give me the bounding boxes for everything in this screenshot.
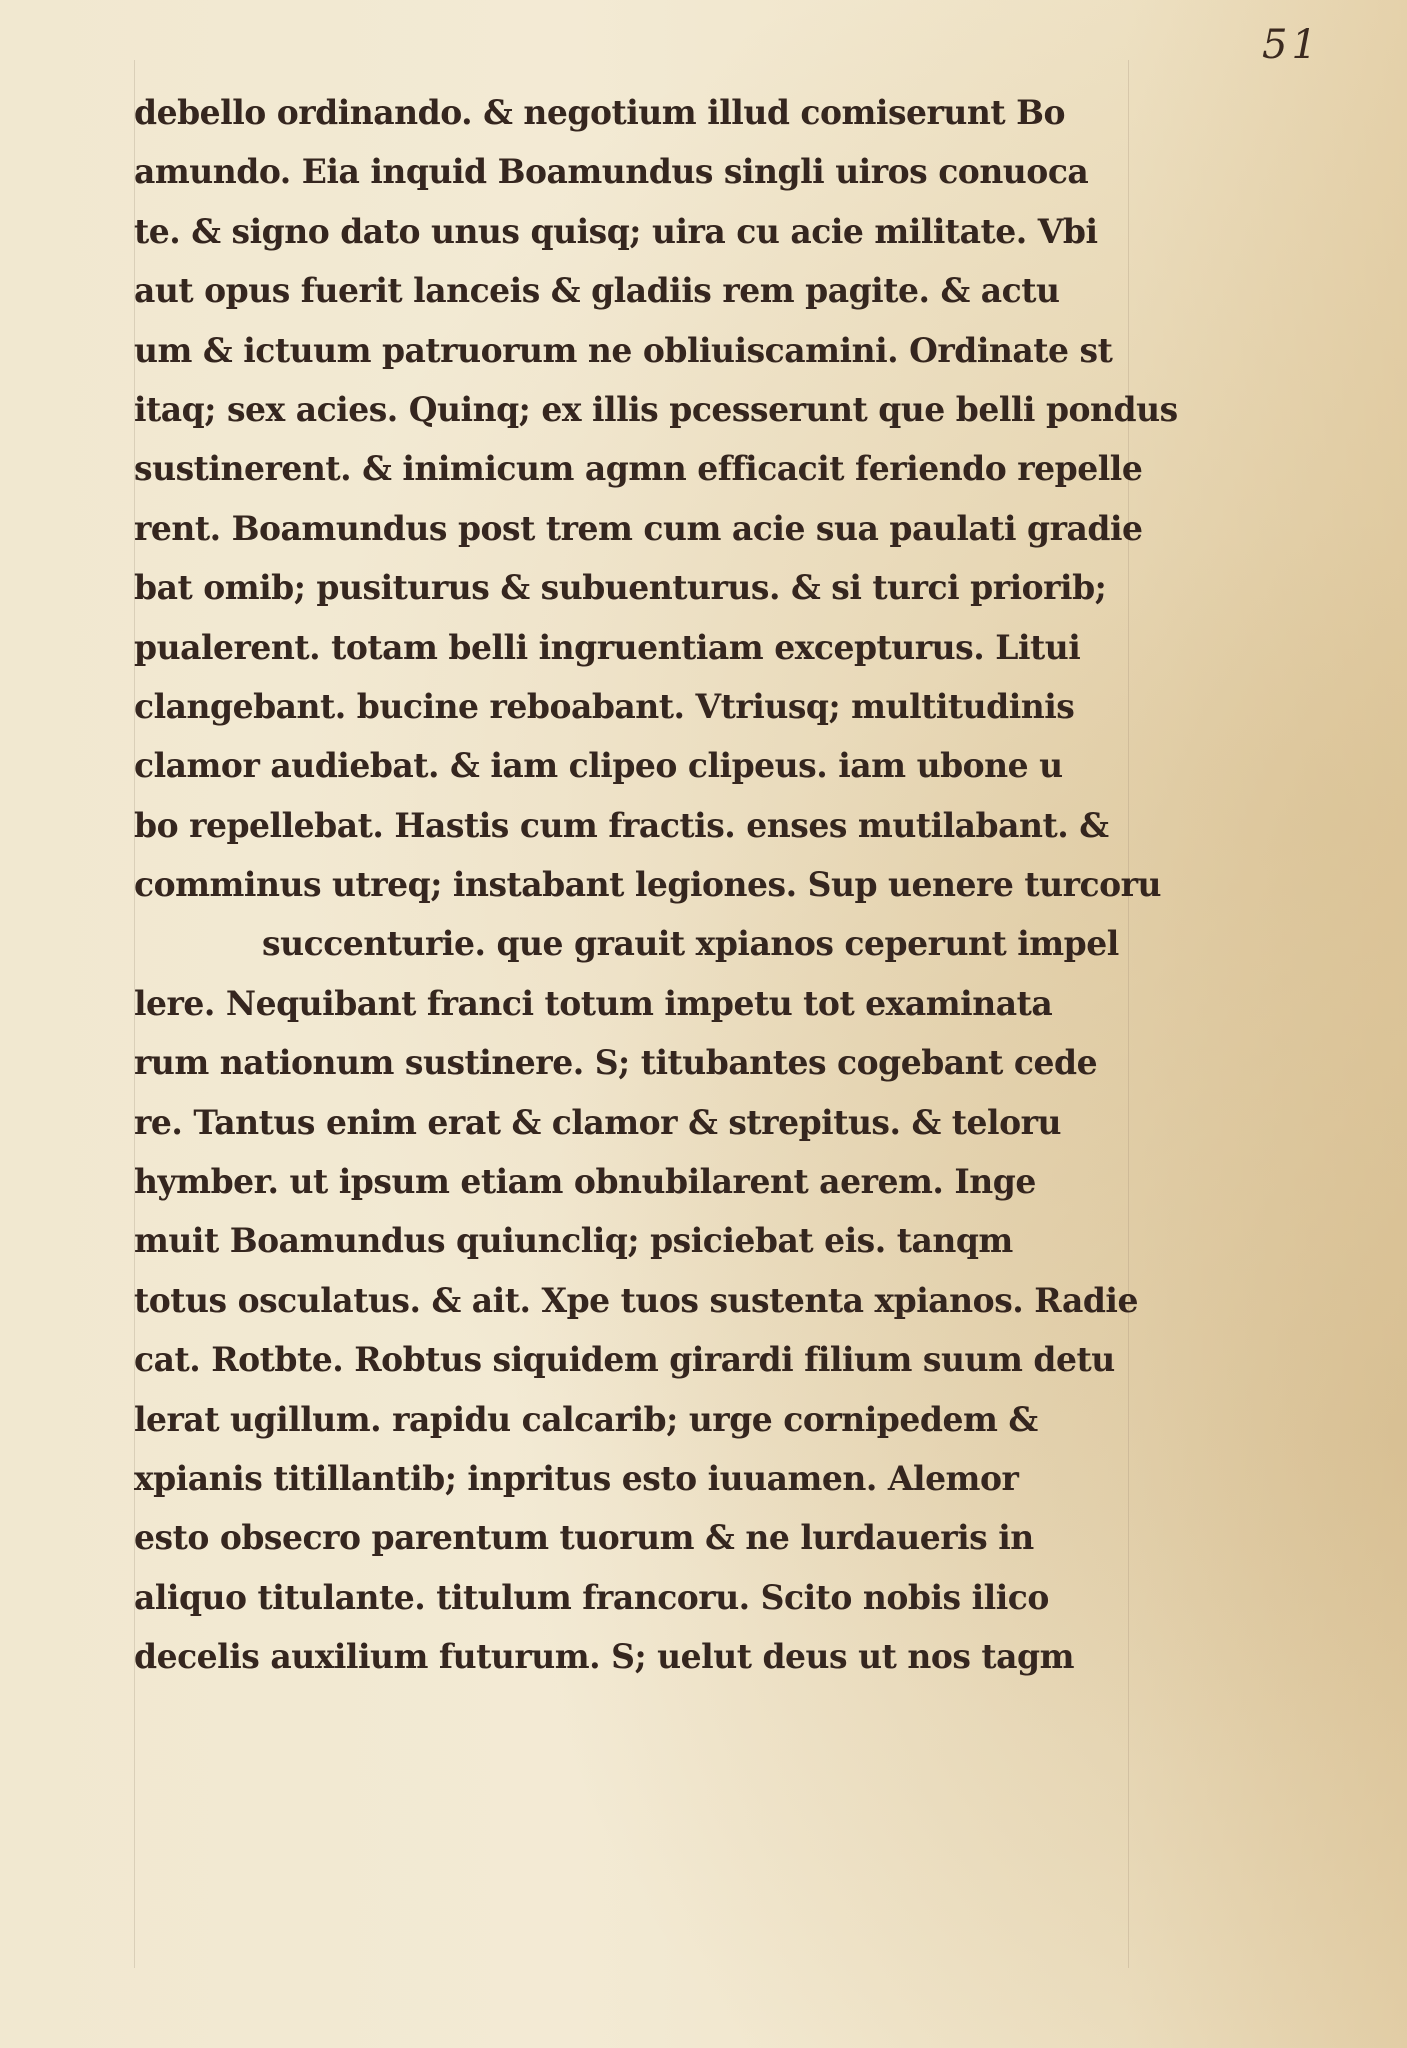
- text-line: um & ictuum patruorum ne obliuiscamini. …: [134, 322, 1133, 381]
- text-line: totus osculatus. & ait. Xpe tuos sustent…: [134, 1272, 1133, 1331]
- text-line: itaq; sex acies. Quinq; ex illis pcesser…: [134, 381, 1133, 440]
- text-line: muit Boamundus quiuncliq; psiciebat eis.…: [134, 1212, 1133, 1271]
- text-line: rent. Boamundus post trem cum acie sua p…: [134, 500, 1133, 559]
- text-line: comminus utreq; instabant legiones. Sup …: [134, 856, 1133, 915]
- text-line: re. Tantus enim erat & clamor & strepitu…: [134, 1094, 1133, 1153]
- text-line: bat omib; pusiturus & subuenturus. & si …: [134, 559, 1133, 618]
- text-line: lerat ugillum. rapidu calcarib; urge cor…: [134, 1391, 1133, 1450]
- text-line: bo repellebat. Hastis cum fractis. enses…: [134, 797, 1133, 856]
- text-line: rum nationum sustinere. S; titubantes co…: [134, 1034, 1133, 1093]
- text-line: te. & signo dato unus quisq; uira cu aci…: [134, 203, 1133, 262]
- text-line: hymber. ut ipsum etiam obnubilarent aere…: [134, 1153, 1133, 1212]
- text-line: lere. Nequibant franci totum impetu tot …: [134, 975, 1133, 1034]
- text-line: aut opus fuerit lanceis & gladiis rem pa…: [134, 262, 1133, 321]
- text-line: aliquo titulante. titulum francoru. Scit…: [134, 1569, 1133, 1628]
- manuscript-page: 51 debello ordinando. & negotium illud c…: [0, 0, 1407, 2048]
- text-line: pualerent. totam belli ingruentiam excep…: [134, 619, 1133, 678]
- text-block: debello ordinando. & negotium illud comi…: [134, 84, 1164, 1688]
- text-line: esto obsecro parentum tuorum & ne lurdau…: [134, 1509, 1133, 1568]
- text-line: debello ordinando. & negotium illud comi…: [134, 84, 1133, 143]
- text-line: clangebant. bucine reboabant. Vtriusq; m…: [134, 678, 1133, 737]
- text-line: decelis auxilium futurum. S; uelut deus …: [134, 1628, 1133, 1687]
- text-line: amundo. Eia inquid Boamundus singli uiro…: [134, 143, 1133, 202]
- text-line: clamor audiebat. & iam clipeo clipeus. i…: [134, 737, 1133, 796]
- text-line: xpianis titillantib; inpritus esto iuuam…: [134, 1450, 1133, 1509]
- text-line-indented: succenturie. que grauit xpianos ceperunt…: [134, 915, 1133, 974]
- text-line: sustinerent. & inimicum agmn efficacit f…: [134, 440, 1133, 499]
- folio-number: 51: [1262, 22, 1321, 68]
- text-line: cat. Rotbte. Robtus siquidem girardi fil…: [134, 1331, 1133, 1390]
